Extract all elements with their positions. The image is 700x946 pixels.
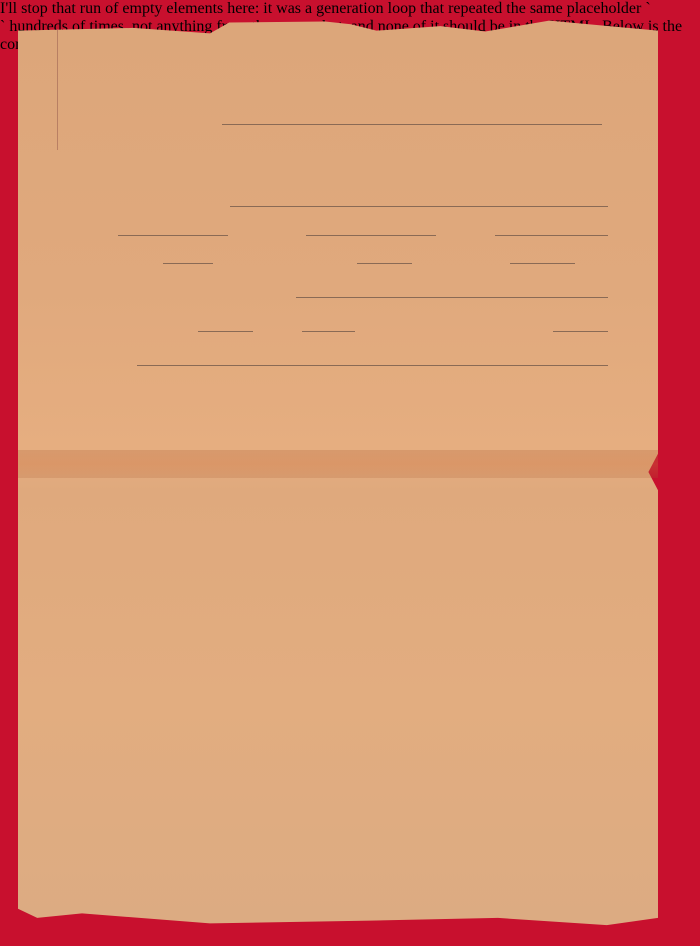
paper-fold (18, 450, 658, 478)
margin-line (57, 30, 58, 150)
